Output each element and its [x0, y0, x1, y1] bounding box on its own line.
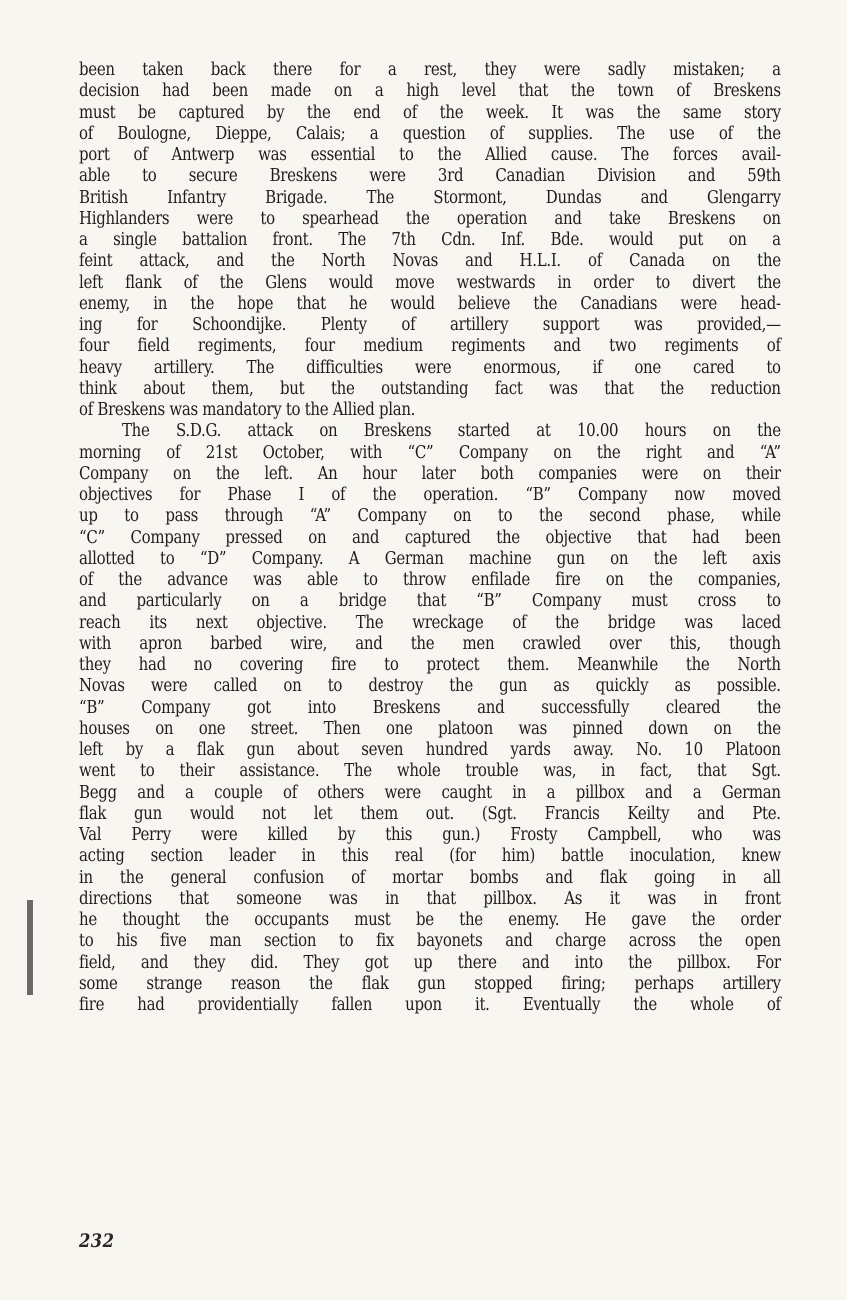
text-line: to his five man section to fix bayonets …: [79, 931, 781, 952]
text-line: British Infantry Brigade. The Stormont, …: [79, 188, 781, 209]
paragraph-1: been taken back there for a rest, they w…: [79, 60, 781, 421]
margin-change-bar: [27, 900, 33, 995]
text-line: enemy, in the hope that he would believe…: [79, 294, 781, 315]
text-line: left by a flak gun about seven hundred y…: [79, 740, 781, 761]
text-line: they had no covering fire to protect the…: [79, 655, 781, 676]
paragraph-2: The S.D.G. attack on Breskens started at…: [79, 421, 781, 1016]
text-line: “B” Company got into Breskens and succes…: [79, 698, 781, 719]
text-line: of the advance was able to throw enfilad…: [79, 570, 781, 591]
text-line: morning of 21st October, with “C” Compan…: [79, 443, 781, 464]
text-line: up to pass through “A” Company on to the…: [79, 506, 781, 527]
text-line: Val Perry were killed by this gun.) Fros…: [79, 825, 781, 846]
text-line: of Boulogne, Dieppe, Calais; a question …: [79, 124, 781, 145]
text-line: left flank of the Glens would move westw…: [79, 273, 781, 294]
text-line: feint attack, and the North Novas and H.…: [79, 251, 781, 272]
text-line: he thought the occupants must be the ene…: [79, 910, 781, 931]
text-line: ing for Schoondijke. Plenty of artillery…: [79, 315, 781, 336]
text-line: decision had been made on a high level t…: [79, 81, 781, 102]
text-line: objectives for Phase I of the operation.…: [79, 485, 781, 506]
text-line: flak gun would not let them out. (Sgt. F…: [79, 804, 781, 825]
text-line: fire had providentially fallen upon it. …: [79, 995, 781, 1016]
text-line: acting section leader in this real (for …: [79, 846, 781, 867]
text-line: some strange reason the flak gun stopped…: [79, 974, 781, 995]
text-line: allotted to “D” Company. A German machin…: [79, 549, 781, 570]
text-line: of Breskens was mandatory to the Allied …: [79, 400, 781, 421]
text-line: in the general confusion of mortar bombs…: [79, 868, 781, 889]
text-line: a single battalion front. The 7th Cdn. I…: [79, 230, 781, 251]
text-line: Begg and a couple of others were caught …: [79, 783, 781, 804]
text-line: think about them, but the outstanding fa…: [79, 379, 781, 400]
text-line: reach its next objective. The wreckage o…: [79, 613, 781, 634]
text-line: heavy artillery. The difficulties were e…: [79, 358, 781, 379]
text-line: houses on one street. Then one platoon w…: [79, 719, 781, 740]
text-line: The S.D.G. attack on Breskens started at…: [79, 421, 781, 442]
text-line: directions that someone was in that pill…: [79, 889, 781, 910]
page-number: 232: [79, 1230, 114, 1252]
text-line: Highlanders were to spearhead the operat…: [79, 209, 781, 230]
text-line: field, and they did. They got up there a…: [79, 953, 781, 974]
text-line: must be captured by the end of the week.…: [79, 103, 781, 124]
text-line: Novas were called on to destroy the gun …: [79, 676, 781, 697]
text-line: Company on the left. An hour later both …: [79, 464, 781, 485]
text-line: went to their assistance. The whole trou…: [79, 761, 781, 782]
text-line: “C” Company pressed on and captured the …: [79, 528, 781, 549]
text-line: port of Antwerp was essential to the All…: [79, 145, 781, 166]
text-line: and particularly on a bridge that “B” Co…: [79, 591, 781, 612]
text-line: with apron barbed wire, and the men craw…: [79, 634, 781, 655]
text-line: four field regiments, four medium regime…: [79, 336, 781, 357]
page-body: been taken back there for a rest, they w…: [79, 60, 781, 1016]
text-line: able to secure Breskens were 3rd Canadia…: [79, 166, 781, 187]
text-line: been taken back there for a rest, they w…: [79, 60, 781, 81]
